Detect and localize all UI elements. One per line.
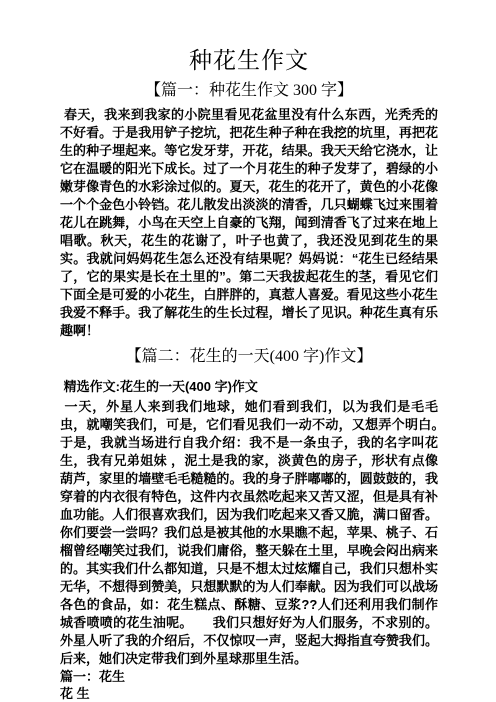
- footer-line-peanut-title: 花 生: [60, 685, 438, 702]
- essay2-paragraph: 一天，外星人来到我们地球，她们看到我们，以为我们是毛毛虫，就嘲笑我们，可是，它们…: [60, 398, 438, 668]
- essay1-paragraph: 春天，我来到我家的小院里看见花盆里没有什么东西，光秃秃的不好看。于是我用铲子挖坑…: [60, 106, 438, 340]
- section-heading-essay1: 【篇一：种花生作文 300 字】: [60, 80, 438, 102]
- page-title: 种花生作文: [60, 46, 438, 76]
- section-heading-essay2: 【篇二：花生的一天(400 字)作文】: [60, 346, 438, 368]
- footer-line-essay-label: 篇一：花生: [60, 668, 438, 685]
- essay2-intro-line: 精选作文:花生的一天(400 字)作文: [60, 378, 438, 396]
- document-page: 种花生作文 【篇一：种花生作文 300 字】 春天，我来到我家的小院里看见花盆里…: [0, 0, 496, 702]
